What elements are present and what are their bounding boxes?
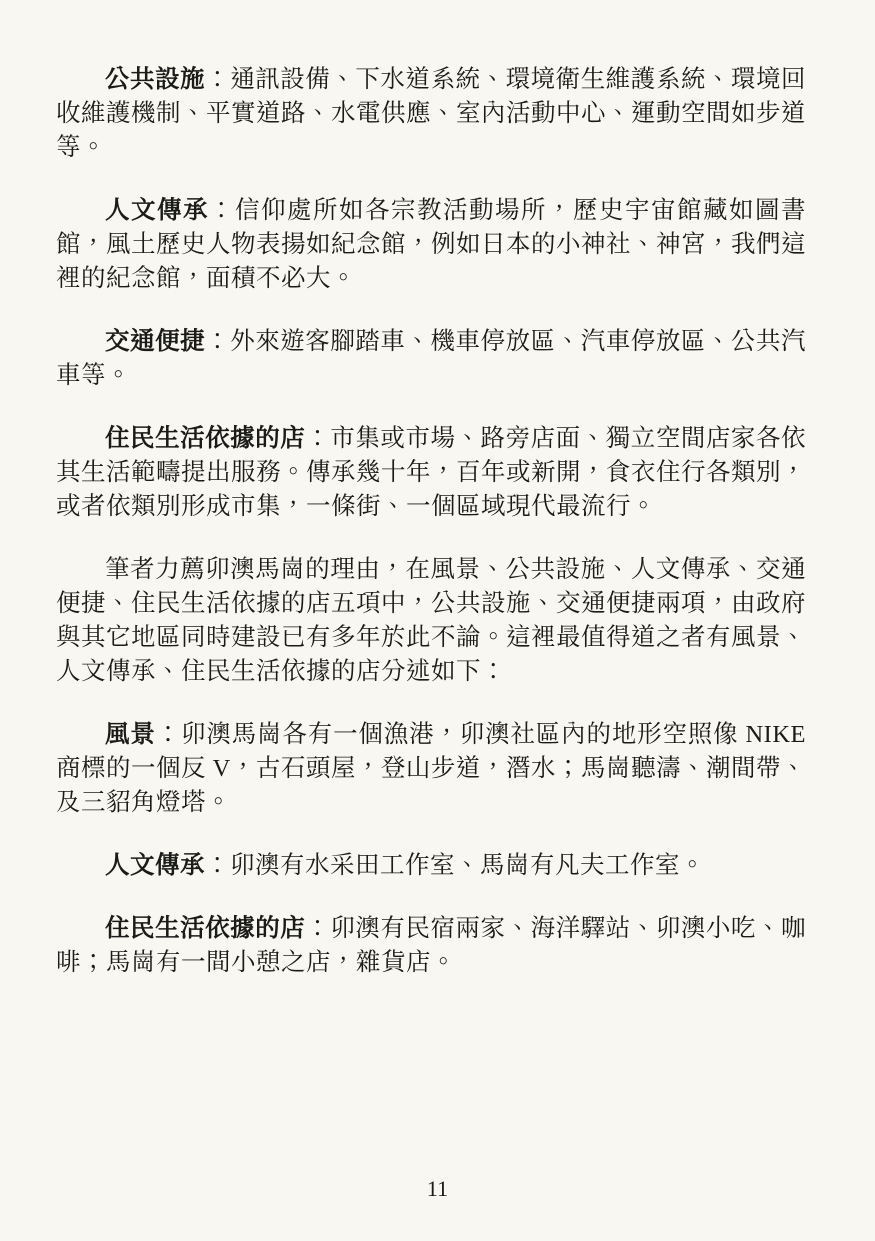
paragraph-label: 公共設施 bbox=[105, 66, 205, 93]
paragraph-label: 交通便捷 bbox=[105, 328, 205, 355]
document-page: 公共設施：通訊設備、下水道系統、環境衛生維護系統、環境回收維護機制、平實道路、水… bbox=[0, 0, 875, 1009]
page-number: 11 bbox=[427, 1176, 448, 1201]
paragraph-resident-stores-2: 住民生活依據的店：卯澳有民宿兩家、海洋驛站、卯澳小吃、咖啡；馬崗有一間小憩之店，… bbox=[56, 912, 806, 980]
paragraph-scenery: 風景：卯澳馬崗各有一個漁港，卯澳社區內的地形空照像 NIKE 商標的一個反 V，… bbox=[56, 718, 806, 820]
paragraph-label: 風景 bbox=[105, 721, 156, 748]
paragraph-cultural-heritage-2: 人文傳承：卯澳有水采田工作室、馬崗有凡夫工作室。 bbox=[56, 849, 806, 883]
paragraph-resident-stores: 住民生活依據的店：市集或市場、路旁店面、獨立空間店家各依其生活範疇提出服務。傳承… bbox=[56, 422, 806, 524]
paragraph-label: 住民生活依據的店 bbox=[105, 915, 305, 942]
paragraph-transportation: 交通便捷：外來遊客腳踏車、機車停放區、汽車停放區、公共汽車等。 bbox=[56, 325, 806, 393]
paragraph-author-recommendation: 筆者力薦卯澳馬崗的理由，在風景、公共設施、人文傳承、交通便捷、住民生活依據的店五… bbox=[56, 553, 806, 689]
paragraph-body: ：卯澳有水采田工作室、馬崗有凡夫工作室。 bbox=[205, 852, 705, 879]
page-footer: 11 bbox=[0, 1174, 875, 1204]
paragraph-label: 住民生活依據的店 bbox=[105, 425, 305, 452]
paragraph-body: 筆者力薦卯澳馬崗的理由，在風景、公共設施、人文傳承、交通便捷、住民生活依據的店五… bbox=[56, 556, 806, 685]
paragraph-body: ：卯澳馬崗各有一個漁港，卯澳社區內的地形空照像 NIKE 商標的一個反 V，古石… bbox=[56, 721, 806, 816]
paragraph-public-facilities: 公共設施：通訊設備、下水道系統、環境衛生維護系統、環境回收維護機制、平實道路、水… bbox=[56, 63, 806, 165]
paragraph-cultural-heritage: 人文傳承：信仰處所如各宗教活動場所，歷史宇宙館藏如圖書館，風土歷史人物表揚如紀念… bbox=[56, 194, 806, 296]
paragraph-label: 人文傳承 bbox=[105, 852, 205, 879]
paragraph-label: 人文傳承 bbox=[105, 197, 209, 224]
